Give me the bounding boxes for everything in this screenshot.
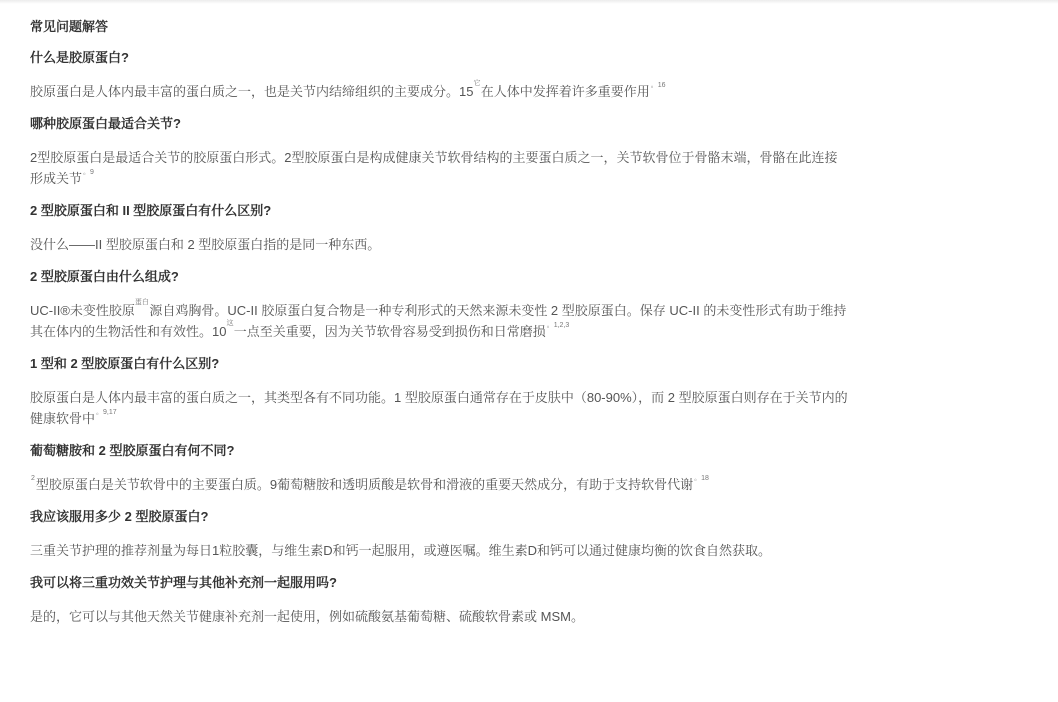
faq-answer: UC-II®未变性胶原蛋白 源自鸡胸骨。UC-II 胶原蛋白复合物是一种专利形式… (30, 300, 850, 342)
faq-answer: 没什么——II 型胶原蛋白和 2 型胶原蛋白指的是同一种东西。 (30, 234, 850, 255)
faq-answer: 胶原蛋白是人体内最丰富的蛋白质之一，也是关节内结缔组织的主要成分。15它 在人体… (30, 81, 850, 102)
faq-answer: 三重关节护理的推荐剂量为每日1粒胶囊，与维生素D和钙一起服用，或遵医嘱。维生素D… (30, 540, 850, 561)
answer-text: 没什么——II 型胶原蛋白和 2 型胶原蛋白指的是同一种东西。 (30, 237, 380, 252)
answer-text: 胶原蛋白是人体内最丰富的蛋白质之一，也是关节内结缔组织的主要成分。15 (30, 84, 473, 99)
top-shadow-divider (0, 0, 1058, 4)
answer-text: 型胶原蛋白是关节软骨中的主要蛋白质。9葡萄糖胺和透明质酸是软骨和滑液的重要天然成… (36, 477, 693, 492)
displaced-number: 2 (31, 475, 35, 482)
answer-text: 是的，它可以与其他天然关节健康补充剂一起使用，例如硫酸氨基葡萄糖、硫酸软骨素或 … (30, 609, 584, 624)
faq-question: 我可以将三重功效关节护理与其他补充剂一起服用吗? (30, 574, 850, 592)
citation-ref: 。9,17 (96, 409, 117, 416)
answer-text: 三重关节护理的推荐剂量为每日1粒胶囊，与维生素D和钙一起服用，或遵医嘱。维生素D… (30, 543, 771, 558)
citation-ref: 。9 (83, 169, 94, 176)
answer-text: 一点至关重要，因为关节软骨容易受到损伤和日常磨损 (234, 324, 546, 339)
citation-ref: 。1,2,3 (547, 322, 570, 329)
faq-heading: 常见问题解答 (30, 18, 850, 36)
faq-section: 常见问题解答 什么是胶原蛋白? 胶原蛋白是人体内最丰富的蛋白质之一，也是关节内结… (30, 18, 850, 640)
faq-question: 哪种胶原蛋白最适合关节? (30, 115, 850, 133)
citation-ref: 。16 (651, 82, 666, 89)
answer-text: UC-II®未变性胶原 (30, 303, 135, 318)
faq-question: 我应该服用多少 2 型胶原蛋白? (30, 508, 850, 526)
faq-answer: 2型胶原蛋白是最适合关节的胶原蛋白形式。2型胶原蛋白是构成健康关节软骨结构的主要… (30, 147, 850, 189)
faq-question: 什么是胶原蛋白? (30, 49, 850, 67)
answer-text: 在人体中发挥着许多重要作用 (481, 84, 650, 99)
faq-question: 2 型胶原蛋白和 II 型胶原蛋白有什么区别? (30, 202, 850, 220)
answer-text: 2型胶原蛋白是最适合关节的胶原蛋白形式。2型胶原蛋白是构成健康关节软骨结构的主要… (30, 150, 837, 186)
faq-answer: 2型胶原蛋白是关节软骨中的主要蛋白质。9葡萄糖胺和透明质酸是软骨和滑液的重要天然… (30, 474, 850, 495)
answer-text: 胶原蛋白是人体内最丰富的蛋白质之一，其类型各有不同功能。1 型胶原蛋白通常存在于… (30, 390, 848, 426)
citation-ref: 。18 (694, 475, 709, 482)
faq-question: 1 型和 2 型胶原蛋白有什么区别? (30, 355, 850, 373)
faq-question: 2 型胶原蛋白由什么组成? (30, 268, 850, 286)
faq-question: 葡萄糖胺和 2 型胶原蛋白有何不同? (30, 442, 850, 460)
faq-answer: 是的，它可以与其他天然关节健康补充剂一起使用，例如硫酸氨基葡萄糖、硫酸软骨素或 … (30, 606, 850, 627)
faq-answer: 胶原蛋白是人体内最丰富的蛋白质之一，其类型各有不同功能。1 型胶原蛋白通常存在于… (30, 387, 850, 429)
